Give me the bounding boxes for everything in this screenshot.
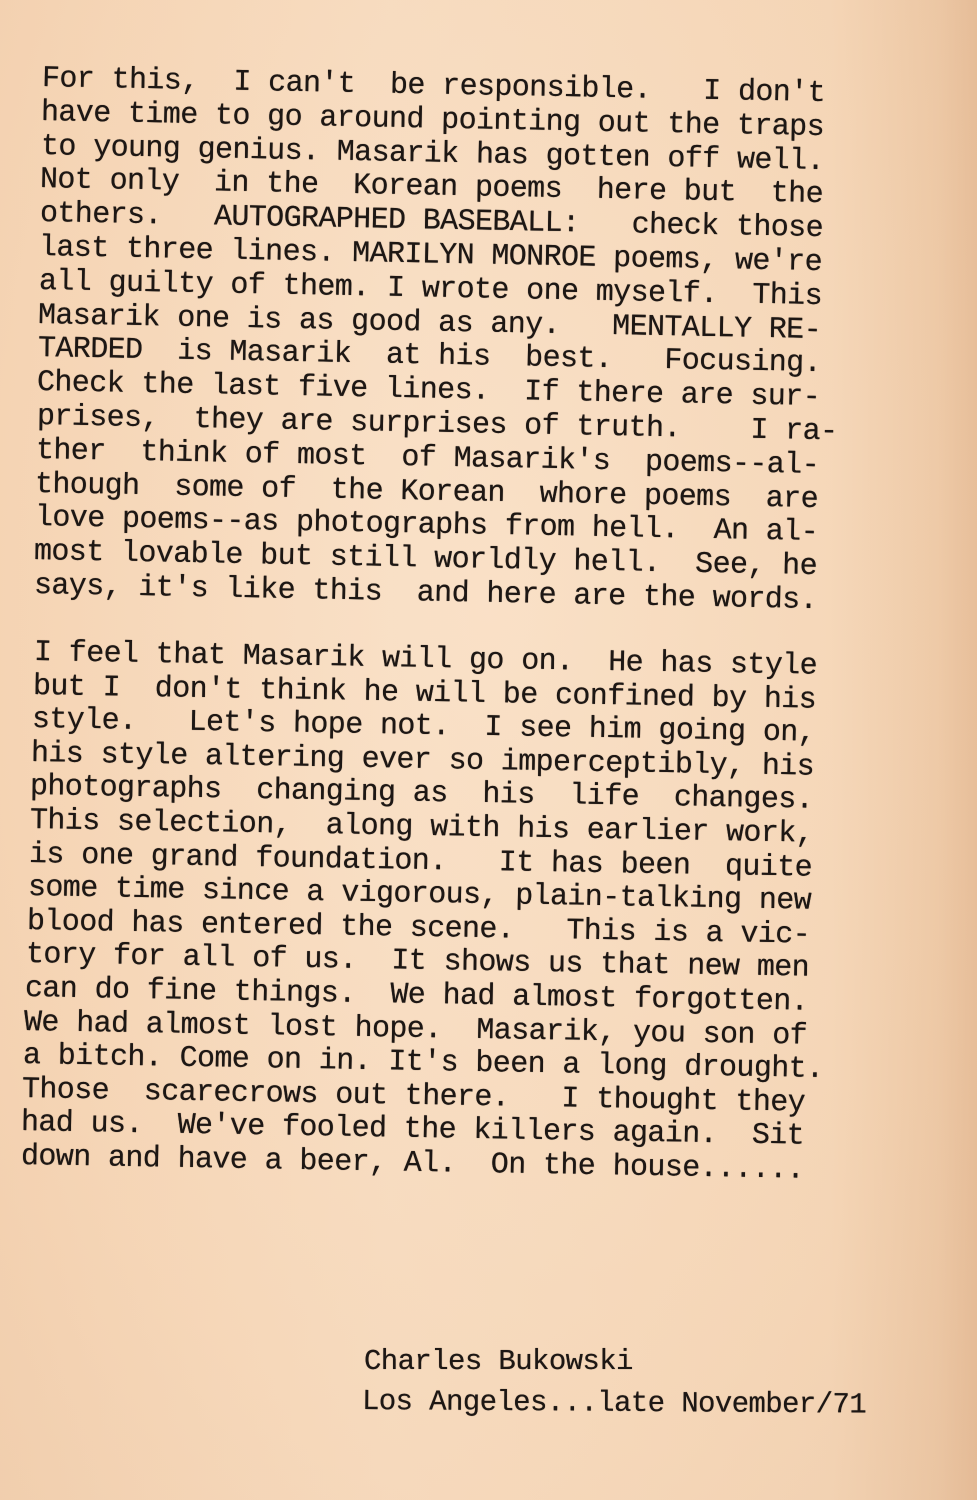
signature-name: Charles Bukowski [364,1345,633,1378]
signature-place-date: Los Angeles...late November/71 [362,1385,866,1422]
typewritten-page: For this, I can't be responsible. I don'… [0,0,977,1500]
